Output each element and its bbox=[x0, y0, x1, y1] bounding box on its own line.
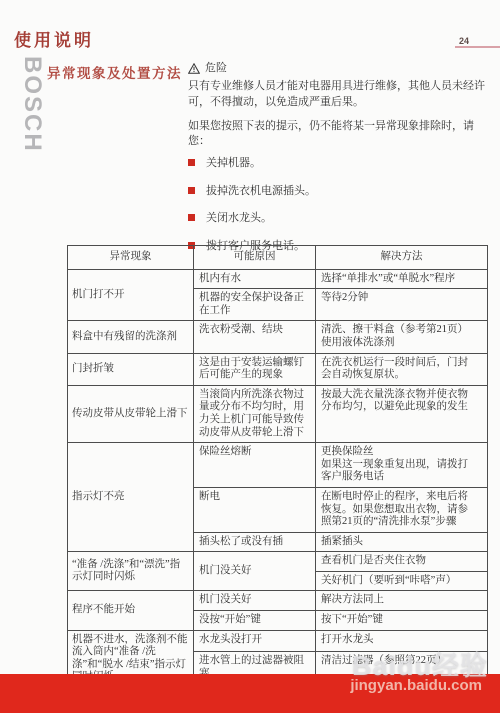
cell-cause: 机门没关好 bbox=[194, 591, 316, 611]
cell-phenomenon: “准备 /洗涤”和“漂洗”指示灯同时闪烁 bbox=[68, 552, 194, 591]
cell-phenomenon: 程序不能开始 bbox=[68, 591, 194, 630]
cell-solution: 按最大洗衣量洗涤衣物并使衣物分布均匀，以避免此现象的发生 bbox=[316, 385, 488, 442]
action-list: 关掉机器。 拔掉洗衣机电源插头。 关闭水龙头。 拨打客户服务电话。 bbox=[188, 156, 490, 254]
table-row: “准备 /洗涤”和“漂洗”指示灯同时闪烁 机门没关好 查看机门是否夹住衣物 bbox=[68, 552, 488, 572]
cell-solution: 选择“单排水”或“单脱水”程序 bbox=[316, 269, 488, 289]
table-row: 程序不能开始 机门没关好 解决方法同上 bbox=[68, 591, 488, 611]
cell-phenomenon: 指示灯不亮 bbox=[68, 443, 194, 552]
table-header-row: 异常现象 可能原因 解决方法 bbox=[68, 246, 488, 270]
cell-solution: 解决方法同上 bbox=[316, 591, 488, 611]
cell-cause: 机门没关好 bbox=[194, 552, 316, 591]
cell-solution: 清洗、擦干料盒（参考第21页） 使用液体洗涤剂 bbox=[316, 321, 488, 353]
cell-solution: 查看机门是否夹住衣物 bbox=[316, 552, 488, 572]
cell-solution: 更换保险丝 如果这一现象重复出现，请拨打客户服务电话 bbox=[316, 443, 488, 488]
cell-solution: 关好机门（要听到“咔嗒”声） bbox=[316, 571, 488, 591]
list-item-label: 关掉机器。 bbox=[206, 156, 261, 171]
baidu-watermark: Baidu经验 bbox=[352, 644, 488, 683]
cell-cause: 插头松了或没有插 bbox=[194, 532, 316, 552]
cell-phenomenon: 料盒中有残留的洗涤剂 bbox=[68, 321, 194, 353]
header-rule bbox=[455, 46, 500, 48]
column-header-cause: 可能原因 bbox=[194, 246, 316, 270]
section-title: 异常现象及处置方法 bbox=[47, 62, 182, 82]
bullet-square-icon bbox=[188, 159, 195, 166]
cell-solution: 按下“开始”键 bbox=[316, 611, 488, 631]
manual-page: 使用说明 24 BOSCH 异常现象及处置方法 危险 只有专业维修人员才能对电器… bbox=[0, 0, 500, 713]
list-item-label: 关闭水龙头。 bbox=[206, 211, 272, 226]
list-item: 关掉机器。 bbox=[188, 156, 490, 171]
list-item: 拔掉洗衣机电源插头。 bbox=[188, 184, 490, 199]
cell-cause: 当滚筒内所洗涤衣物过量或分布不均匀时，用力关上机门可能导致传动皮带从皮带轮上滑下 bbox=[194, 385, 316, 442]
column-header-solution: 解决方法 bbox=[316, 246, 488, 270]
column-header-phenomenon: 异常现象 bbox=[68, 246, 194, 270]
cell-cause: 水龙头没打开 bbox=[194, 630, 316, 652]
troubleshooting-table: 异常现象 可能原因 解决方法 机门打不开 机内有水 选择“单排水”或“单脱水”程… bbox=[67, 245, 488, 688]
cell-solution: 等待2分钟 bbox=[316, 289, 488, 321]
list-item: 关闭水龙头。 bbox=[188, 211, 490, 226]
table-row: 门封折皱 这是由于安装运输螺钉后可能产生的现象 在洗衣机运行一段时间后，门封会自… bbox=[68, 353, 488, 385]
cell-cause: 机器的安全保护设备正在工作 bbox=[194, 289, 316, 321]
cell-cause: 没按“开始”键 bbox=[194, 611, 316, 631]
cell-cause: 保险丝熔断 bbox=[194, 443, 316, 488]
intro-lead: 如果您按照下表的提示，仍不能将某一异常现象排除时，请您： bbox=[188, 119, 490, 149]
page-number: 24 bbox=[459, 36, 469, 46]
cell-phenomenon: 传动皮带从皮带轮上滑下 bbox=[68, 385, 194, 442]
warning-text: 只有专业维修人员才能对电器用具进行维修，其他人员未经许可，不得擅动，以免造成严重… bbox=[188, 78, 490, 111]
cell-cause: 断电 bbox=[194, 487, 316, 532]
list-item-label: 拔掉洗衣机电源插头。 bbox=[206, 184, 316, 199]
cell-phenomenon: 机门打不开 bbox=[68, 269, 194, 321]
table-row: 机门打不开 机内有水 选择“单排水”或“单脱水”程序 bbox=[68, 269, 488, 289]
cell-cause: 机内有水 bbox=[194, 269, 316, 289]
warning-label: 危险 bbox=[205, 60, 227, 77]
cell-solution: 插紧插头 bbox=[316, 532, 488, 552]
cell-cause: 洗衣粉受潮、结块 bbox=[194, 321, 316, 353]
bullet-square-icon bbox=[188, 187, 195, 194]
bullet-square-icon bbox=[188, 214, 195, 221]
warning-triangle-icon bbox=[188, 63, 200, 74]
cell-solution: 在断电时停止的程序，来电后将恢复。如果您想取出衣物，请参照第21页的“清洗排水泵… bbox=[316, 487, 488, 532]
page-title: 使用说明 bbox=[14, 26, 94, 51]
table-row: 指示灯不亮 保险丝熔断 更换保险丝 如果这一现象重复出现，请拨打客户服务电话 bbox=[68, 443, 488, 488]
danger-warning: 危险 只有专业维修人员才能对电器用具进行维修，其他人员未经许可，不得擅动，以免造… bbox=[188, 60, 490, 111]
table-row: 传动皮带从皮带轮上滑下 当滚筒内所洗涤衣物过量或分布不均匀时，用力关上机门可能导… bbox=[68, 385, 488, 442]
cell-solution: 在洗衣机运行一段时间后，门封会自动恢复原状。 bbox=[316, 353, 488, 385]
bosch-logo: BOSCH bbox=[18, 56, 46, 153]
cell-phenomenon: 门封折皱 bbox=[68, 353, 194, 385]
cell-cause: 这是由于安装运输螺钉后可能产生的现象 bbox=[194, 353, 316, 385]
table-row: 料盒中有残留的洗涤剂 洗衣粉受潮、结块 清洗、擦干料盒（参考第21页） 使用液体… bbox=[68, 321, 488, 353]
